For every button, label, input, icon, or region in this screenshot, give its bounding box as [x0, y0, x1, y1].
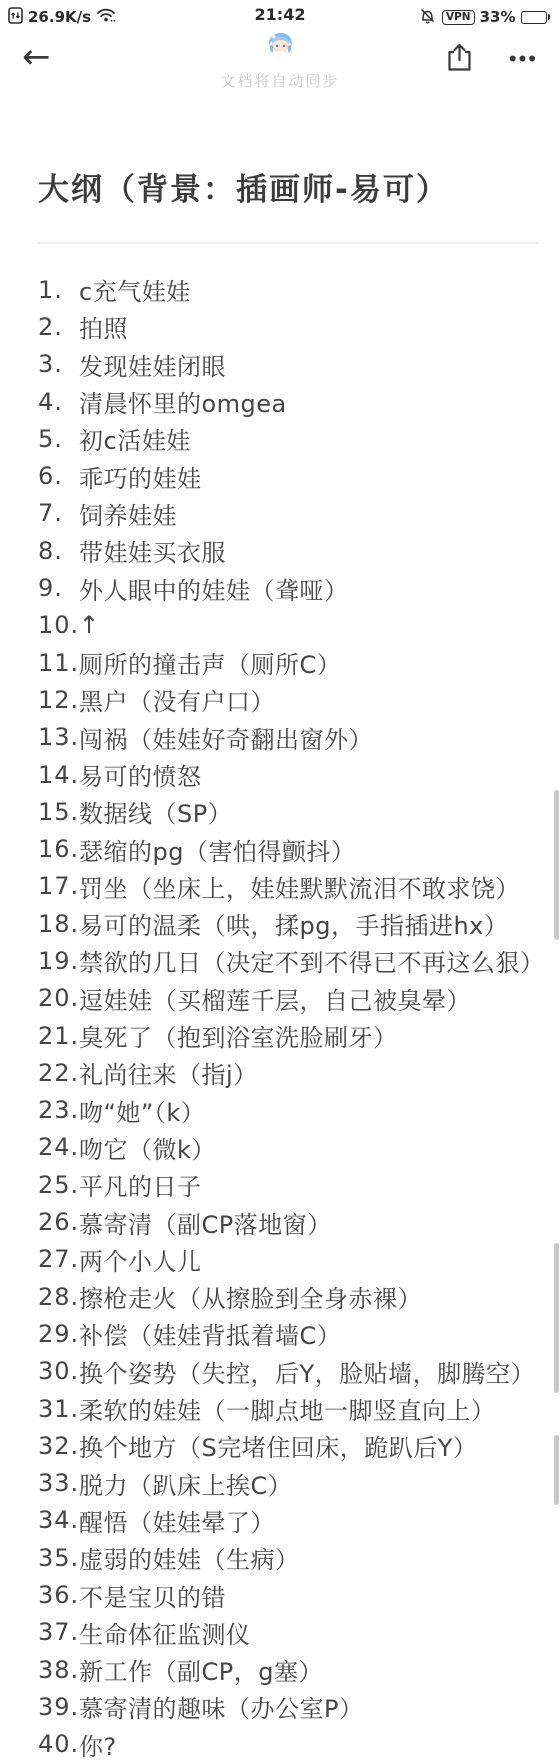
list-item-text: 饲养娃娃: [79, 496, 177, 531]
list-item-text: 脱力（趴床上挨C）: [79, 1466, 292, 1501]
list-item-number: 23.: [38, 1096, 79, 1124]
list-item-number: 18.: [38, 910, 79, 938]
list-item-number: 32.: [38, 1432, 79, 1460]
list-item-text: 换个地方（S完堵住回床，跪趴后Y）: [79, 1428, 477, 1463]
list-item-number: 4.: [38, 388, 79, 416]
list-item[interactable]: 20.逗娃娃（买榴莲千层，自己被臭晕）: [38, 980, 540, 1017]
list-item-number: 2.: [38, 313, 79, 341]
list-item[interactable]: 21.臭死了（抱到浴室洗脸刷牙）: [38, 1017, 540, 1054]
vpn-badge: VPN: [442, 10, 475, 25]
list-item-number: 19.: [38, 947, 79, 975]
clock: 21:42: [255, 5, 306, 24]
list-item-text: 醒悟（娃娃晕了）: [79, 1503, 275, 1538]
list-item[interactable]: 14.易可的愤怒: [38, 756, 540, 793]
list-item-text: ↑: [79, 611, 100, 639]
list-item-number: 14.: [38, 761, 79, 789]
list-item-text: 数据线（SP）: [79, 794, 232, 829]
list-item[interactable]: 27.两个小人儿: [38, 1241, 540, 1278]
list-item[interactable]: 13.闯祸（娃娃好奇翻出窗外）: [38, 719, 540, 756]
list-item[interactable]: 10.↑: [38, 607, 540, 644]
list-item[interactable]: 36.不是宝贝的错: [38, 1576, 540, 1613]
list-item-text: 换个姿势（失控，后Y，脸贴墙，脚腾空）: [79, 1354, 535, 1389]
list-item-number: 33.: [38, 1469, 79, 1497]
list-item-text: 乖巧的娃娃: [79, 459, 202, 494]
list-item[interactable]: 15.数据线（SP）: [38, 793, 540, 830]
list-item[interactable]: 34.醒悟（娃娃晕了）: [38, 1502, 540, 1539]
list-item[interactable]: 32.换个地方（S完堵住回床，跪趴后Y）: [38, 1427, 540, 1464]
battery-icon: [521, 11, 551, 24]
list-item-number: 24.: [38, 1133, 79, 1161]
list-item[interactable]: 31.柔软的娃娃（一脚点地一脚竖直向上）: [38, 1390, 540, 1427]
avatar: [263, 30, 297, 64]
list-item[interactable]: 17.罚坐（坐床上，娃娃默默流泪不敢求饶）: [38, 868, 540, 905]
list-item-number: 25.: [38, 1171, 79, 1199]
scrollbar-thumb[interactable]: [554, 790, 559, 940]
list-item[interactable]: 8.带娃娃买衣服: [38, 532, 540, 569]
list-item-text: 柔软的娃娃（一脚点地一脚竖直向上）: [79, 1391, 496, 1426]
list-item-number: 11.: [38, 649, 79, 677]
list-item-number: 31.: [38, 1395, 79, 1423]
list-item-number: 10.: [38, 611, 79, 639]
document-body[interactable]: 大纲（背景：插画师-易可） 1.c充气娃娃2.拍照3.发现娃娃闭眼4.清晨怀里的…: [0, 164, 560, 1760]
list-item-number: 6.: [38, 462, 79, 490]
list-item[interactable]: 19.禁欲的几日（决定不到不得已不再这么狠）: [38, 942, 540, 979]
list-item[interactable]: 30.换个姿势（失控，后Y，脸贴墙，脚腾空）: [38, 1353, 540, 1390]
list-item-number: 37.: [38, 1618, 79, 1646]
list-item-number: 21.: [38, 1022, 79, 1050]
share-button[interactable]: [446, 42, 473, 75]
list-item-number: 35.: [38, 1544, 79, 1572]
list-item-text: 生命体征监测仪: [79, 1615, 251, 1650]
list-item-text: 易可的愤怒: [79, 757, 202, 792]
list-item-number: 27.: [38, 1245, 79, 1273]
list-item[interactable]: 9.外人眼中的娃娃（聋哑）: [38, 569, 540, 606]
list-item-text: 初c活娃娃: [79, 421, 191, 456]
list-item[interactable]: 7.饲养娃娃: [38, 495, 540, 532]
list-item[interactable]: 5.初c活娃娃: [38, 420, 540, 457]
list-item[interactable]: 18.易可的温柔（哄，揉pg，手指插进hx）: [38, 905, 540, 942]
list-item[interactable]: 39.慕寄清的趣味（办公室P）: [38, 1688, 540, 1725]
list-item-number: 22.: [38, 1059, 79, 1087]
list-item-number: 16.: [38, 835, 79, 863]
list-item[interactable]: 3.发现娃娃闭眼: [38, 346, 540, 383]
network-speed: 26.9K/s: [28, 8, 91, 26]
status-bar: 26.9K/s 21:42 VPN 33%: [0, 0, 560, 30]
list-item-number: 17.: [38, 872, 79, 900]
list-item-text: 清晨怀里的omgea: [79, 384, 287, 419]
app-header: ← 文档将自动同步: [0, 30, 560, 106]
list-item-number: 7.: [38, 499, 79, 527]
wifi-icon: [96, 7, 116, 27]
list-item-text: 黑户（没有户口）: [79, 682, 275, 717]
list-item-text: 礼尚往来（指j）: [79, 1055, 258, 1090]
list-item-number: 20.: [38, 984, 79, 1012]
list-item-number: 30.: [38, 1357, 79, 1385]
list-item-text: 平凡的日子: [79, 1167, 202, 1202]
list-item[interactable]: 33.脱力（趴床上挨C）: [38, 1465, 540, 1502]
sync-status-text: 文档将自动同步: [220, 70, 339, 91]
sync-status: 文档将自动同步: [220, 30, 339, 91]
list-item-text: 补偿（娃娃背抵着墙C）: [79, 1316, 341, 1351]
list-item-text: 逗娃娃（买榴莲千层，自己被臭晕）: [79, 981, 471, 1016]
list-item-text: 易可的温柔（哄，揉pg，手指插进hx）: [79, 906, 508, 941]
list-item-number: 29.: [38, 1320, 79, 1348]
list-item[interactable]: 35.虚弱的娃娃（生病）: [38, 1539, 540, 1576]
list-item-text: 擦枪走火（从擦脸到全身赤裸）: [79, 1279, 422, 1314]
list-item-text: 虚弱的娃娃（生病）: [79, 1540, 300, 1575]
list-item-text: 你?: [79, 1727, 117, 1760]
list-item-text: 罚坐（坐床上，娃娃默默流泪不敢求饶）: [79, 869, 520, 904]
list-item-number: 40.: [38, 1730, 79, 1758]
list-item-number: 39.: [38, 1693, 79, 1721]
list-item-text: 两个小人儿: [79, 1242, 202, 1277]
list-item-number: 1.: [38, 276, 79, 304]
list-item[interactable]: 1.c充气娃娃: [38, 271, 540, 308]
list-item[interactable]: 26.慕寄清（副CP落地窗）: [38, 1203, 540, 1240]
list-item-text: 厕所的撞击声（厕所C）: [79, 645, 341, 680]
document-title[interactable]: 大纲（背景：插画师-易可）: [38, 164, 540, 209]
list-item[interactable]: 2.拍照: [38, 308, 540, 345]
scrollbar-thumb[interactable]: [554, 1243, 559, 1393]
document-screen: 26.9K/s 21:42 VPN 33%: [0, 0, 560, 1760]
list-item-text: 外人眼中的娃娃（聋哑）: [79, 571, 349, 606]
data-transfer-icon: [8, 7, 23, 28]
back-button[interactable]: ←: [22, 38, 51, 76]
list-item-text: 发现娃娃闭眼: [79, 347, 226, 382]
list-item[interactable]: 37.生命体征监测仪: [38, 1614, 540, 1651]
list-item[interactable]: 12.黑户（没有户口）: [38, 681, 540, 718]
list-item[interactable]: 29.补偿（娃娃背抵着墙C）: [38, 1315, 540, 1352]
list-item-number: 9.: [38, 574, 79, 602]
list-item-number: 36.: [38, 1581, 79, 1609]
list-item-text: c充气娃娃: [79, 272, 191, 307]
list-item[interactable]: 11.厕所的撞击声（厕所C）: [38, 644, 540, 681]
list-item-text: 闯祸（娃娃好奇翻出窗外）: [79, 720, 373, 755]
list-item-text: 拍照: [79, 309, 128, 344]
list-item[interactable]: 16.瑟缩的pg（害怕得颤抖）: [38, 830, 540, 867]
list-item-number: 5.: [38, 425, 79, 453]
list-item[interactable]: 22.礼尚往来（指j）: [38, 1054, 540, 1091]
list-item-number: 13.: [38, 723, 79, 751]
list-item[interactable]: 6.乖巧的娃娃: [38, 457, 540, 494]
list-item-number: 12.: [38, 686, 79, 714]
scrollbar-thumb[interactable]: [554, 1435, 559, 1505]
list-item-number: 26.: [38, 1208, 79, 1236]
list-item-number: 34.: [38, 1506, 79, 1534]
list-item[interactable]: 38.新工作（副CP，g塞）: [38, 1651, 540, 1688]
list-item-text: 慕寄清的趣味（办公室P）: [79, 1689, 363, 1724]
list-item-text: 新工作（副CP，g塞）: [79, 1652, 323, 1687]
list-item-text: 吻“她”（k）: [79, 1093, 205, 1128]
list-item-number: 38.: [38, 1656, 79, 1684]
list-item-number: 8.: [38, 537, 79, 565]
list-item[interactable]: 4.清晨怀里的omgea: [38, 383, 540, 420]
list-item-text: 慕寄清（副CP落地窗）: [79, 1205, 332, 1240]
outline-list[interactable]: 1.c充气娃娃2.拍照3.发现娃娃闭眼4.清晨怀里的omgea5.初c活娃娃6.…: [38, 271, 540, 1760]
list-item-text: 禁欲的几日（决定不到不得已不再这么狠）: [79, 943, 545, 978]
list-item[interactable]: 28.擦枪走火（从擦脸到全身赤裸）: [38, 1278, 540, 1315]
list-item-text: 吻它（微k）: [79, 1130, 216, 1165]
list-item-number: 15.: [38, 798, 79, 826]
list-item-number: 3.: [38, 350, 79, 378]
list-item-text: 臭死了（抱到浴室洗脸刷牙）: [79, 1018, 398, 1053]
more-menu-button[interactable]: •••: [509, 46, 538, 72]
list-item-text: 瑟缩的pg（害怕得颤抖）: [79, 832, 355, 867]
list-item-text: 带娃娃买衣服: [79, 533, 226, 568]
list-item[interactable]: 23.吻“她”（k）: [38, 1092, 540, 1129]
list-item[interactable]: 40.你?: [38, 1726, 540, 1760]
list-item[interactable]: 25.平凡的日子: [38, 1166, 540, 1203]
battery-percent: 33%: [480, 8, 516, 26]
list-item[interactable]: 24.吻它（微k）: [38, 1129, 540, 1166]
title-divider: [38, 242, 538, 244]
list-item-number: 28.: [38, 1283, 79, 1311]
mute-bell-icon: [418, 7, 437, 28]
list-item-text: 不是宝贝的错: [79, 1578, 226, 1613]
